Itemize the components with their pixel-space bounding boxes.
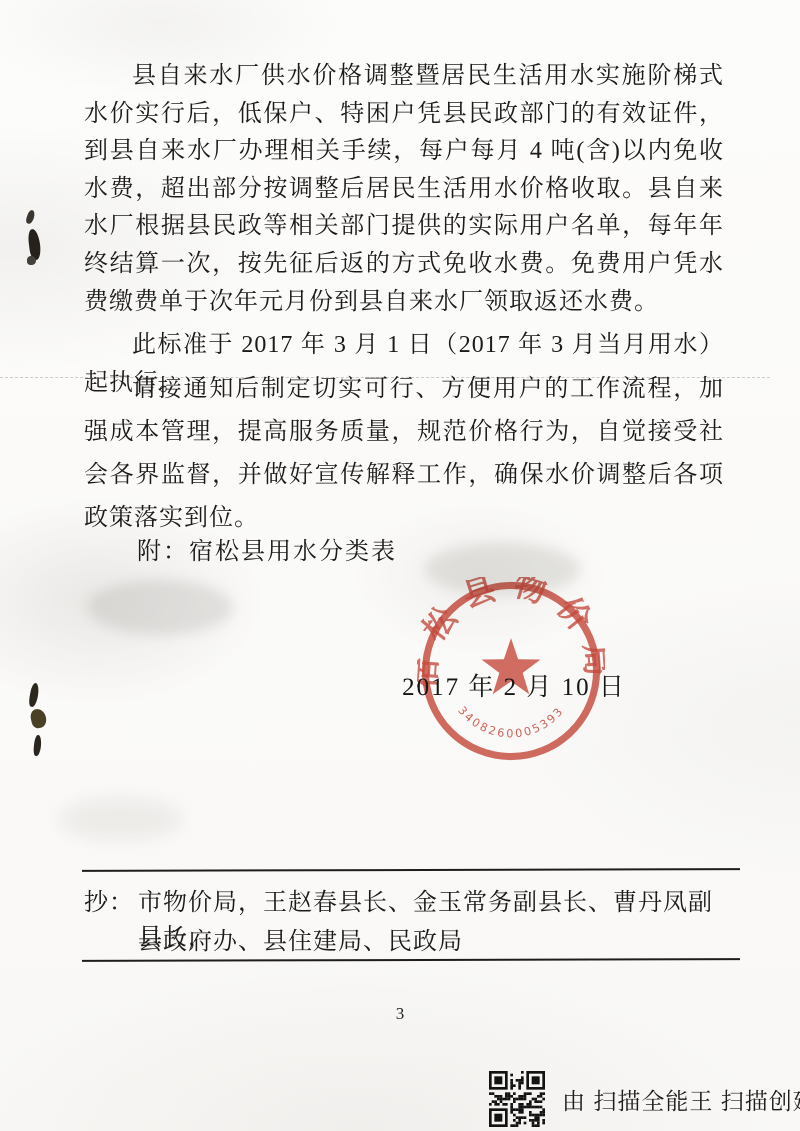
scan-artifact <box>28 682 40 707</box>
paper-crease-shadow <box>88 580 233 635</box>
attachment-note: 附：宿松县用水分类表 <box>137 531 397 566</box>
cc-label: 抄： <box>84 882 134 952</box>
cc-divider-bottom <box>82 958 740 962</box>
paper-crease-shadow <box>58 798 183 840</box>
scan-artifact <box>25 209 36 224</box>
scanner-note: 由 扫描全能王 扫描创建 <box>562 1083 800 1116</box>
paragraph-instructions: 请接通知后制定切实可行、方便用户的工作流程，加强成本管理，提高服务质量，规范价格… <box>84 368 724 540</box>
svg-text:3408260005393: 3408260005393 <box>455 704 567 740</box>
scan-artifact <box>29 708 48 730</box>
paragraph-subsidy-policy: 县自来水厂供水价格调整暨居民生活用水实施阶梯式水价实行后，低保户、特困户凭县民政… <box>84 58 724 321</box>
page-number: 3 <box>0 1004 800 1024</box>
seal-number-text: 3408260005393 <box>455 704 567 740</box>
scanner-watermark: 由 扫描全能王 扫描创建 <box>489 1071 800 1127</box>
cc-divider-top <box>82 868 740 872</box>
scanned-document-page: 县自来水厂供水价格调整暨居民生活用水实施阶梯式水价实行后，低保户、特困户凭县民政… <box>0 0 800 1131</box>
cc-recipients-line2: 县政府办、县住建局、民政局 <box>138 921 463 956</box>
scan-artifact <box>27 256 36 265</box>
qr-code-icon <box>489 1071 545 1127</box>
scan-artifact <box>33 735 42 757</box>
issue-date: 2017 年 2 月 10 日 <box>394 667 634 703</box>
